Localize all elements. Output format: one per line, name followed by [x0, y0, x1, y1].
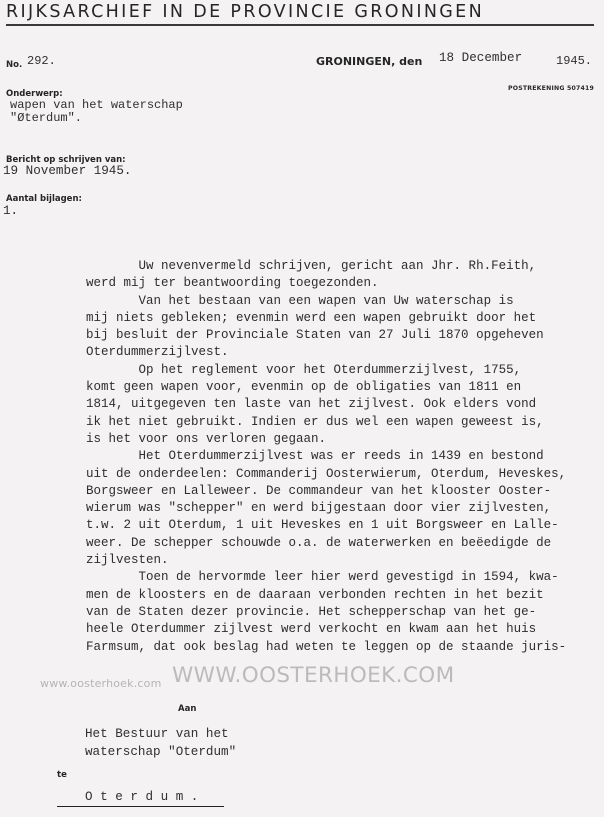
- city-label: GRONINGEN, den: [316, 55, 422, 68]
- body-line: men de kloosters en de daaraan verbonden…: [86, 587, 604, 604]
- letterhead-title: RIJKSARCHIEF IN DE PROVINCIE GRONINGEN: [6, 2, 596, 22]
- postrekening-number: POSTREKENING 507419: [508, 85, 594, 92]
- no-label: No.: [6, 60, 22, 70]
- date-value: 18 December: [439, 51, 522, 65]
- te-label: te: [57, 770, 67, 780]
- letterhead-rule: [6, 24, 594, 26]
- body-line: komt geen wapen voor, evenmin op de obli…: [86, 379, 604, 396]
- aan-label: Aan: [178, 704, 196, 714]
- recipient-place-underline: [57, 806, 224, 807]
- body-line: wierum was "schepper" en werd bijgestaan…: [86, 500, 604, 517]
- body-line: bij besluit der Provinciale Staten van 2…: [86, 327, 604, 344]
- bericht-value: 19 November 1945.: [3, 164, 131, 178]
- body-line: Van het bestaan van een wapen van Uw wat…: [86, 293, 604, 310]
- body-line: werd mij ter beantwoording toegezonden.: [86, 275, 604, 292]
- body-line: Het Oterdummerzijlvest was er reeds in 1…: [86, 448, 604, 465]
- body-line: Op het reglement voor het Oterdummerzijl…: [86, 362, 604, 379]
- watermark-small: www.oosterhoek.com: [40, 677, 162, 690]
- bijlagen-label: Aantal bijlagen:: [6, 194, 82, 204]
- body-line: mij niets gebleken; evenmin werd een wap…: [86, 310, 604, 327]
- body-line: Oterdummerzijlvest.: [86, 344, 604, 361]
- onderwerp-line-2: "Øterdum".: [10, 111, 82, 125]
- body-line: ik het niet gebruikt. Indien er dus wel …: [86, 414, 604, 431]
- body-line: zijlvesten.: [86, 552, 604, 569]
- body-line: van de Staten dezer provincie. Het schep…: [86, 604, 604, 621]
- body-line: 1814, uitgegeven ten laste van het zijlv…: [86, 396, 604, 413]
- body-line: is het voor ons verloren gegaan.: [86, 431, 604, 448]
- no-value: 292.: [27, 54, 56, 68]
- body-line: Farmsum, dat ook beslag had weten te leg…: [86, 639, 604, 656]
- recipient-place: O t e r d u m .: [85, 790, 198, 804]
- body-line: Toen de hervormde leer hier werd gevesti…: [86, 569, 604, 586]
- body-line: uit de onderdeelen: Commanderij Oosterwi…: [86, 466, 604, 483]
- body-line: weer. De schepper schouwde o.a. de water…: [86, 535, 604, 552]
- recipient-line-2: waterschap "Oterdum": [85, 745, 236, 759]
- bijlagen-value: 1.: [3, 204, 18, 218]
- onderwerp-line-1: wapen van het waterschap: [10, 98, 183, 112]
- letter-body: Uw nevenvermeld schrijven, gericht aan J…: [86, 258, 604, 656]
- body-line: Uw nevenvermeld schrijven, gericht aan J…: [86, 258, 604, 275]
- year-value: 1945.: [556, 54, 592, 68]
- body-line: heele Oterdummer zijlvest werd verkocht …: [86, 621, 604, 638]
- recipient-line-1: Het Bestuur van het: [85, 727, 229, 741]
- watermark-large: WWW.OOSTERHOEK.COM: [172, 663, 455, 688]
- body-line: t.w. 2 uit Oterdum, 1 uit Heveskes en 1 …: [86, 517, 604, 534]
- body-line: Borgsweer en Lalleweer. De commandeur va…: [86, 483, 604, 500]
